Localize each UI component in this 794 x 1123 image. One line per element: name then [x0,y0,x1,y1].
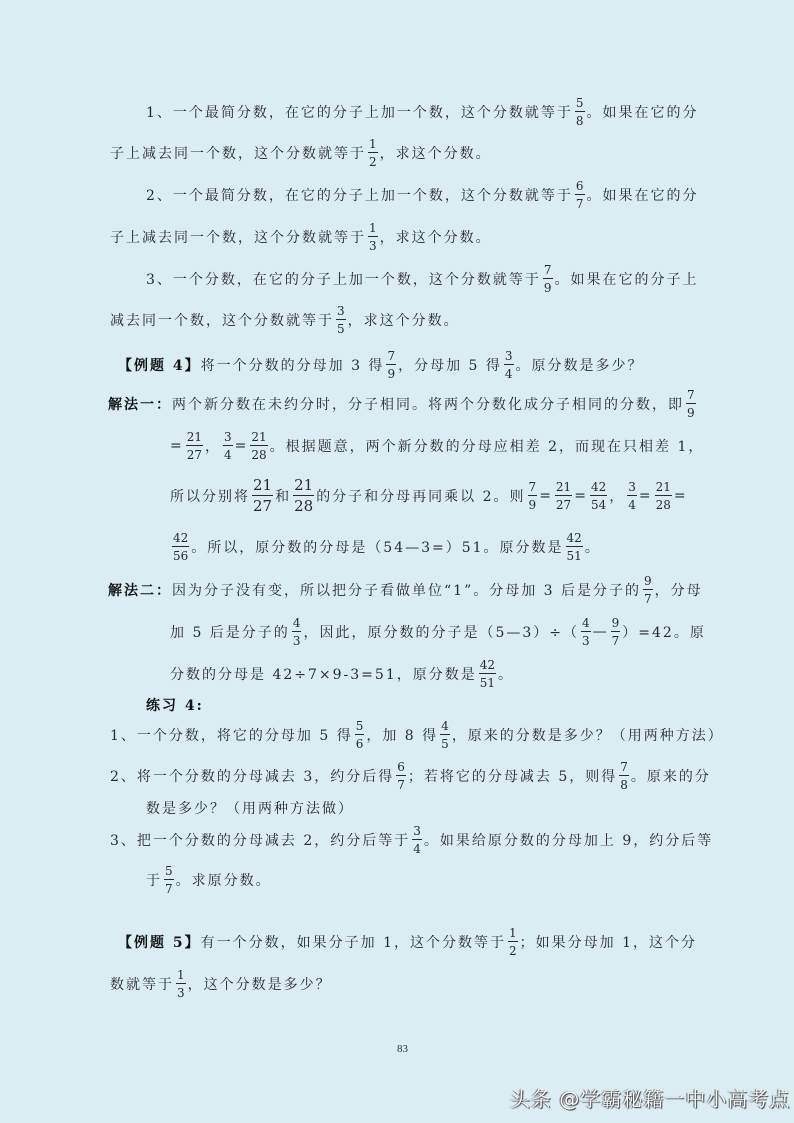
text: = [170,438,184,454]
text: 。所以，原分数的分母是（54—3=）51。原分数是 [191,537,563,557]
problem-2-line-1: 2、一个最简分数，在它的分子上加一个数，这个分数就等于 67 。如果在它的分 [146,175,699,215]
text: 因为分子没有变，所以把分子看做单位“1”。分母加 3 后是分子的 [172,580,641,600]
watermark: 头条 @学霸秘籍一中小高考点 [510,1083,790,1112]
solution-1-line-4: 4256 。所以，原分数的分母是（54—3=）51。原分数是 4251 。 [170,527,601,567]
text: 加 5 后是分子的 [170,622,290,642]
text: 2、将一个分数的分母减去 3，约分后得 [110,766,394,786]
example-4-question: 【例题 4】 将一个分数的分母加 3 得 79 ，分母加 5 得 34 。原分数… [118,345,644,385]
solution-1-line-2: = 2127 ， 34 = 2128 。根据题意，两个新分数的分母应相差 2，而… [170,426,704,466]
solution-1-line-3: 所以分别将 2127 和 2128 的分子和分母再同乘以 2。则 79 = 21… [170,476,688,516]
fraction: 79 [686,389,696,419]
text: 有一个分数，如果分子加 1，这个分数等于 [201,932,506,952]
problem-3-line-2: 减去同一个数，这个分数就等于 35 ，求这个分数。 [110,300,460,340]
example-5-label: 【例题 5】 [118,932,201,952]
fraction: 2128 [293,478,314,514]
text: = [539,488,553,504]
fraction: 78 [619,761,629,791]
text: — [593,624,609,640]
solution-2-label: 解法二： [108,580,172,600]
fraction: 34 [627,481,637,511]
text: 数就等于 [110,974,174,994]
text: 数是多少？（用两种方法做） [146,798,354,818]
practice-4-q3-line-2: 于 57 。求原分数。 [146,860,272,900]
text: = [639,488,653,504]
text: 。如果给原分数的分母加上 9，约分后等 [424,830,713,850]
text: 1、一个分数，将它的分母加 5 得 [110,725,353,745]
fraction: 56 [355,720,365,750]
text: 两个新分数在未约分时，分子相同。将两个分数化成分子相同的分数，即 [172,394,684,414]
text: ， [205,436,221,456]
solution-1-label: 解法一： [108,394,172,414]
text: ，求这个分数。 [380,143,492,163]
fraction: 13 [368,222,378,252]
text: 。如果在它的分子上 [555,269,699,289]
text: ，求这个分数。 [348,310,460,330]
solution-1-line-1: 解法一： 两个新分数在未约分时，分子相同。将两个分数化成分子相同的分数，即 79 [108,384,698,424]
fraction: 12 [368,138,378,168]
fraction: 34 [412,825,422,855]
text: ，这个分数是多少？ [188,974,332,994]
text: 。原来的分 [631,766,711,786]
problem-1-line-2: 子上减去同一个数，这个分数就等于 12 ，求这个分数。 [110,133,492,173]
fraction: 97 [643,575,653,605]
fraction: 97 [611,617,621,647]
text: ，加 8 得 [366,725,438,745]
section-title: 练习 4: [146,695,204,715]
text: = [574,488,588,504]
text: 。 [585,537,601,557]
fraction: 4251 [479,659,496,689]
text: 1、一个最简分数，在它的分子上加一个数，这个分数就等于 [146,102,573,122]
text: ；如果分母加 1，这个分 [520,932,697,952]
text: 3、把一个分数的分母减去 2，约分后等于 [110,830,410,850]
text: 。如果在它的分 [587,102,699,122]
fraction: 2128 [250,431,267,461]
fraction: 34 [504,350,514,380]
fraction: 2128 [655,481,672,511]
text: 减去同一个数，这个分数就等于 [110,310,334,330]
text: 。如果在它的分 [587,185,699,205]
fraction: 12 [508,927,518,957]
text: 。原分数是多少？ [516,355,644,375]
fraction: 57 [164,865,174,895]
solution-2-line-2: 加 5 后是分子的 43 ，因此，原分数的分子是（5—3）÷（ 43 — 97 … [170,612,706,652]
fraction: 4254 [590,481,607,511]
fraction: 2127 [555,481,572,511]
text: = [235,438,249,454]
fraction: 79 [528,481,538,511]
text: ， [609,486,625,506]
text: 子上减去同一个数，这个分数就等于 [110,227,366,247]
fraction: 67 [575,180,585,210]
text: ；若将它的分母减去 5，则得 [408,766,617,786]
fraction: 45 [440,720,450,750]
solution-2-line-1: 解法二： 因为分子没有变，所以把分子看做单位“1”。分母加 3 后是分子的 97… [108,570,703,610]
example-5-line-1: 【例题 5】 有一个分数，如果分子加 1，这个分数等于 12 ；如果分母加 1，… [118,922,697,962]
problem-2-line-2: 子上减去同一个数，这个分数就等于 13 ，求这个分数。 [110,217,492,257]
text: 的分子和分母再同乘以 2。则 [316,486,525,506]
fraction: 4256 [172,532,189,562]
fraction: 13 [176,969,186,999]
example-5-line-2: 数就等于 13 ，这个分数是多少？ [110,964,332,1004]
practice-4-q3-line-1: 3、把一个分数的分母减去 2，约分后等于 34 。如果给原分数的分母加上 9，约… [110,820,713,860]
text: 。根据题意，两个新分数的分母应相差 2，而现在只相差 1， [270,436,705,456]
fraction: 43 [581,617,591,647]
fraction: 79 [543,264,553,294]
page-number: 83 [397,1043,408,1055]
example-4-label: 【例题 4】 [118,355,201,375]
text: 。求原分数。 [176,870,272,890]
text: 子上减去同一个数，这个分数就等于 [110,143,366,163]
fraction: 79 [386,350,396,380]
problem-3-line-1: 3、一个分数，在它的分子上加一个数，这个分数就等于 79 。如果在它的分子上 [146,259,699,299]
solution-2-line-3: 分数的分母是 42÷7×9-3=51，原分数是 4251 。 [170,654,514,694]
text: 将一个分数的分母加 3 得 [201,355,385,375]
practice-4-q1: 1、一个分数，将它的分母加 5 得 56 ，加 8 得 45 ，原来的分数是多少… [110,715,724,755]
fraction: 67 [396,761,406,791]
text: 所以分别将 [170,486,250,506]
text: ，求这个分数。 [380,227,492,247]
fraction: 2127 [252,478,273,514]
fraction: 43 [292,617,302,647]
problem-1-line-1: 1、一个最简分数，在它的分子上加一个数，这个分数就等于 58 。如果在它的分 [146,92,699,132]
text: 和 [275,486,291,506]
text: ）=42。原 [622,622,706,642]
text: = [674,488,688,504]
text: ，分母 [655,580,703,600]
fraction: 35 [336,305,346,335]
text: ，分母加 5 得 [398,355,502,375]
text: 分数的分母是 42÷7×9-3=51，原分数是 [170,664,477,684]
text: 。 [498,664,514,684]
fraction: 34 [223,431,233,461]
text: ，原来的分数是多少？（用两种方法） [452,725,724,745]
text: 2、一个最简分数，在它的分子上加一个数，这个分数就等于 [146,185,573,205]
fraction: 4251 [566,532,583,562]
text: 于 [146,870,162,890]
text: 3、一个分数，在它的分子上加一个数，这个分数就等于 [146,269,541,289]
fraction: 58 [575,97,585,127]
fraction: 2127 [186,431,203,461]
text: ，因此，原分数的分子是（5—3）÷（ [303,622,579,642]
